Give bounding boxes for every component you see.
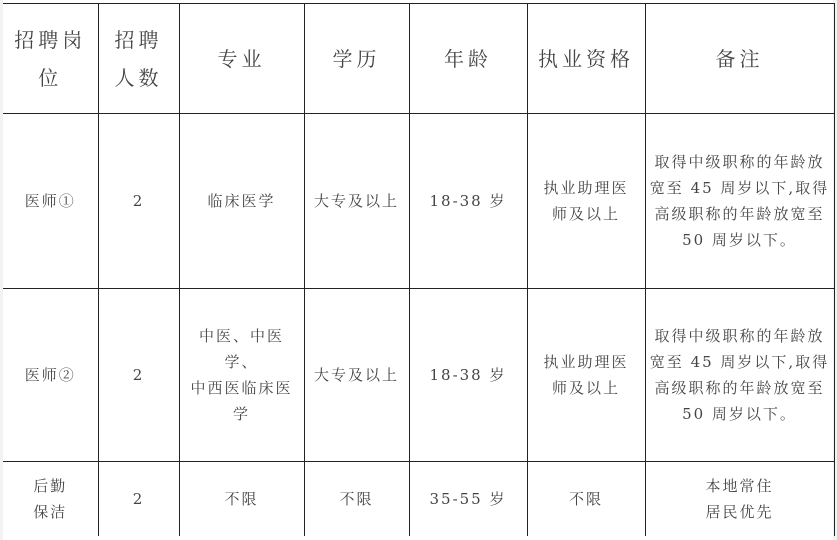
header-count: 招聘人数 [98, 4, 179, 114]
cell-education: 大专及以上 [304, 114, 409, 289]
cell-education: 不限 [304, 462, 409, 537]
cell-qualification: 执业助理医师及以上 [527, 289, 645, 462]
document-page: 招聘岗位 招聘人数 专业 学历 年龄 执业资格 备注 医师① 2 临床医学 大专… [3, 0, 833, 540]
recruitment-table: 招聘岗位 招聘人数 专业 学历 年龄 执业资格 备注 医师① 2 临床医学 大专… [3, 3, 835, 536]
cell-count: 2 [98, 289, 179, 462]
cell-position: 医师① [3, 114, 98, 289]
cell-position: 医师② [3, 289, 98, 462]
cell-age: 18-38 岁 [409, 289, 527, 462]
cell-major: 中医、中医学、中西医临床医学 [179, 289, 304, 462]
table-row: 后勤保洁 2 不限 不限 35-55 岁 不限 本地常住居民优先 [3, 462, 834, 537]
cell-position: 后勤保洁 [3, 462, 98, 537]
cell-age: 18-38 岁 [409, 114, 527, 289]
table-row: 医师① 2 临床医学 大专及以上 18-38 岁 执业助理医师及以上 取得中级职… [3, 114, 834, 289]
cell-qualification: 执业助理医师及以上 [527, 114, 645, 289]
cell-age: 35-55 岁 [409, 462, 527, 537]
table-row: 医师② 2 中医、中医学、中西医临床医学 大专及以上 18-38 岁 执业助理医… [3, 289, 834, 462]
cell-remark: 取得中级职称的年龄放宽至 45 周岁以下,取得高级职称的年龄放宽至50 周岁以下… [645, 114, 834, 289]
cell-remark: 本地常住居民优先 [645, 462, 834, 537]
table-header-row: 招聘岗位 招聘人数 专业 学历 年龄 执业资格 备注 [3, 4, 834, 114]
cell-qualification: 不限 [527, 462, 645, 537]
header-remark: 备注 [645, 4, 834, 114]
cell-count: 2 [98, 462, 179, 537]
cell-education: 大专及以上 [304, 289, 409, 462]
header-qualification: 执业资格 [527, 4, 645, 114]
cell-count: 2 [98, 114, 179, 289]
cell-major: 临床医学 [179, 114, 304, 289]
header-major: 专业 [179, 4, 304, 114]
cell-remark: 取得中级职称的年龄放宽至 45 周岁以下,取得高级职称的年龄放宽至50 周岁以下… [645, 289, 834, 462]
cell-major: 不限 [179, 462, 304, 537]
header-education: 学历 [304, 4, 409, 114]
header-age: 年龄 [409, 4, 527, 114]
header-position: 招聘岗位 [3, 4, 98, 114]
